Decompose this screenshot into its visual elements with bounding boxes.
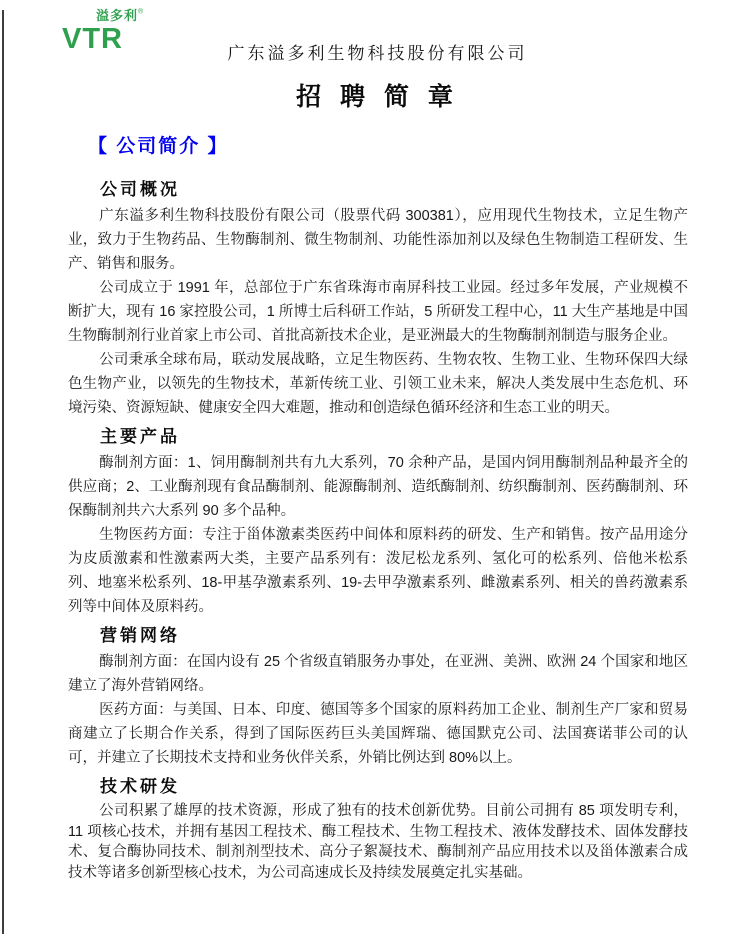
logo-registered-mark-icon: ® xyxy=(138,9,143,16)
section-heading-main-products: 主要产品 xyxy=(100,423,688,451)
paragraph: 公司成立于 1991 年，总部位于广东省珠海市南屏科技工业园。经过多年发展，产业… xyxy=(68,276,688,348)
logo-vtr-wordmark: VTR xyxy=(62,25,143,54)
paragraph: 生物医药方面：专注于甾体激素类医药中间体和原料药的研发、生产和销售。按产品用途分… xyxy=(68,523,688,619)
logo-brand-cn: 溢多利 xyxy=(96,8,138,23)
paragraph: 酶制剂方面：1、饲用酶制剂共有九大系列，70 余种产品，是国内饲用酶制剂品种最齐… xyxy=(68,451,688,523)
paragraph: 医药方面：与美国、日本、印度、德国等多个国家的原料药加工企业、制剂生产厂家和贸易… xyxy=(68,698,688,770)
document-body: 公司概况 广东溢多利生物科技股份有限公司（股票代码 300381），应用现代生物… xyxy=(0,176,755,883)
paragraph: 广东溢多利生物科技股份有限公司（股票代码 300381），应用现代生物技术，立足… xyxy=(68,204,688,276)
section-banner-company-intro: 【 公司简介 】 xyxy=(88,134,755,160)
page-left-border xyxy=(2,10,4,934)
logo-brand-cn-row: 溢多利® xyxy=(96,8,143,24)
document-title: 招 聘 简 章 xyxy=(0,80,755,114)
paragraph: 酶制剂方面：在国内设有 25 个省级直销服务办事处，在亚洲、美洲、欧洲 24 个… xyxy=(68,650,688,698)
section-heading-company-overview: 公司概况 xyxy=(100,176,688,204)
section-heading-marketing-network: 营销网络 xyxy=(100,622,688,650)
paragraph: 公司秉承全球布局，联动发展战略，立足生物医药、生物农牧、生物工业、生物环保四大绿… xyxy=(68,348,688,420)
paragraph: 公司积累了雄厚的技术资源，形成了独有的技术创新优势。目前公司拥有 85 项发明专… xyxy=(68,801,688,883)
section-heading-technology-rd: 技术研发 xyxy=(100,773,688,801)
company-logo: 溢多利® VTR xyxy=(62,8,143,54)
